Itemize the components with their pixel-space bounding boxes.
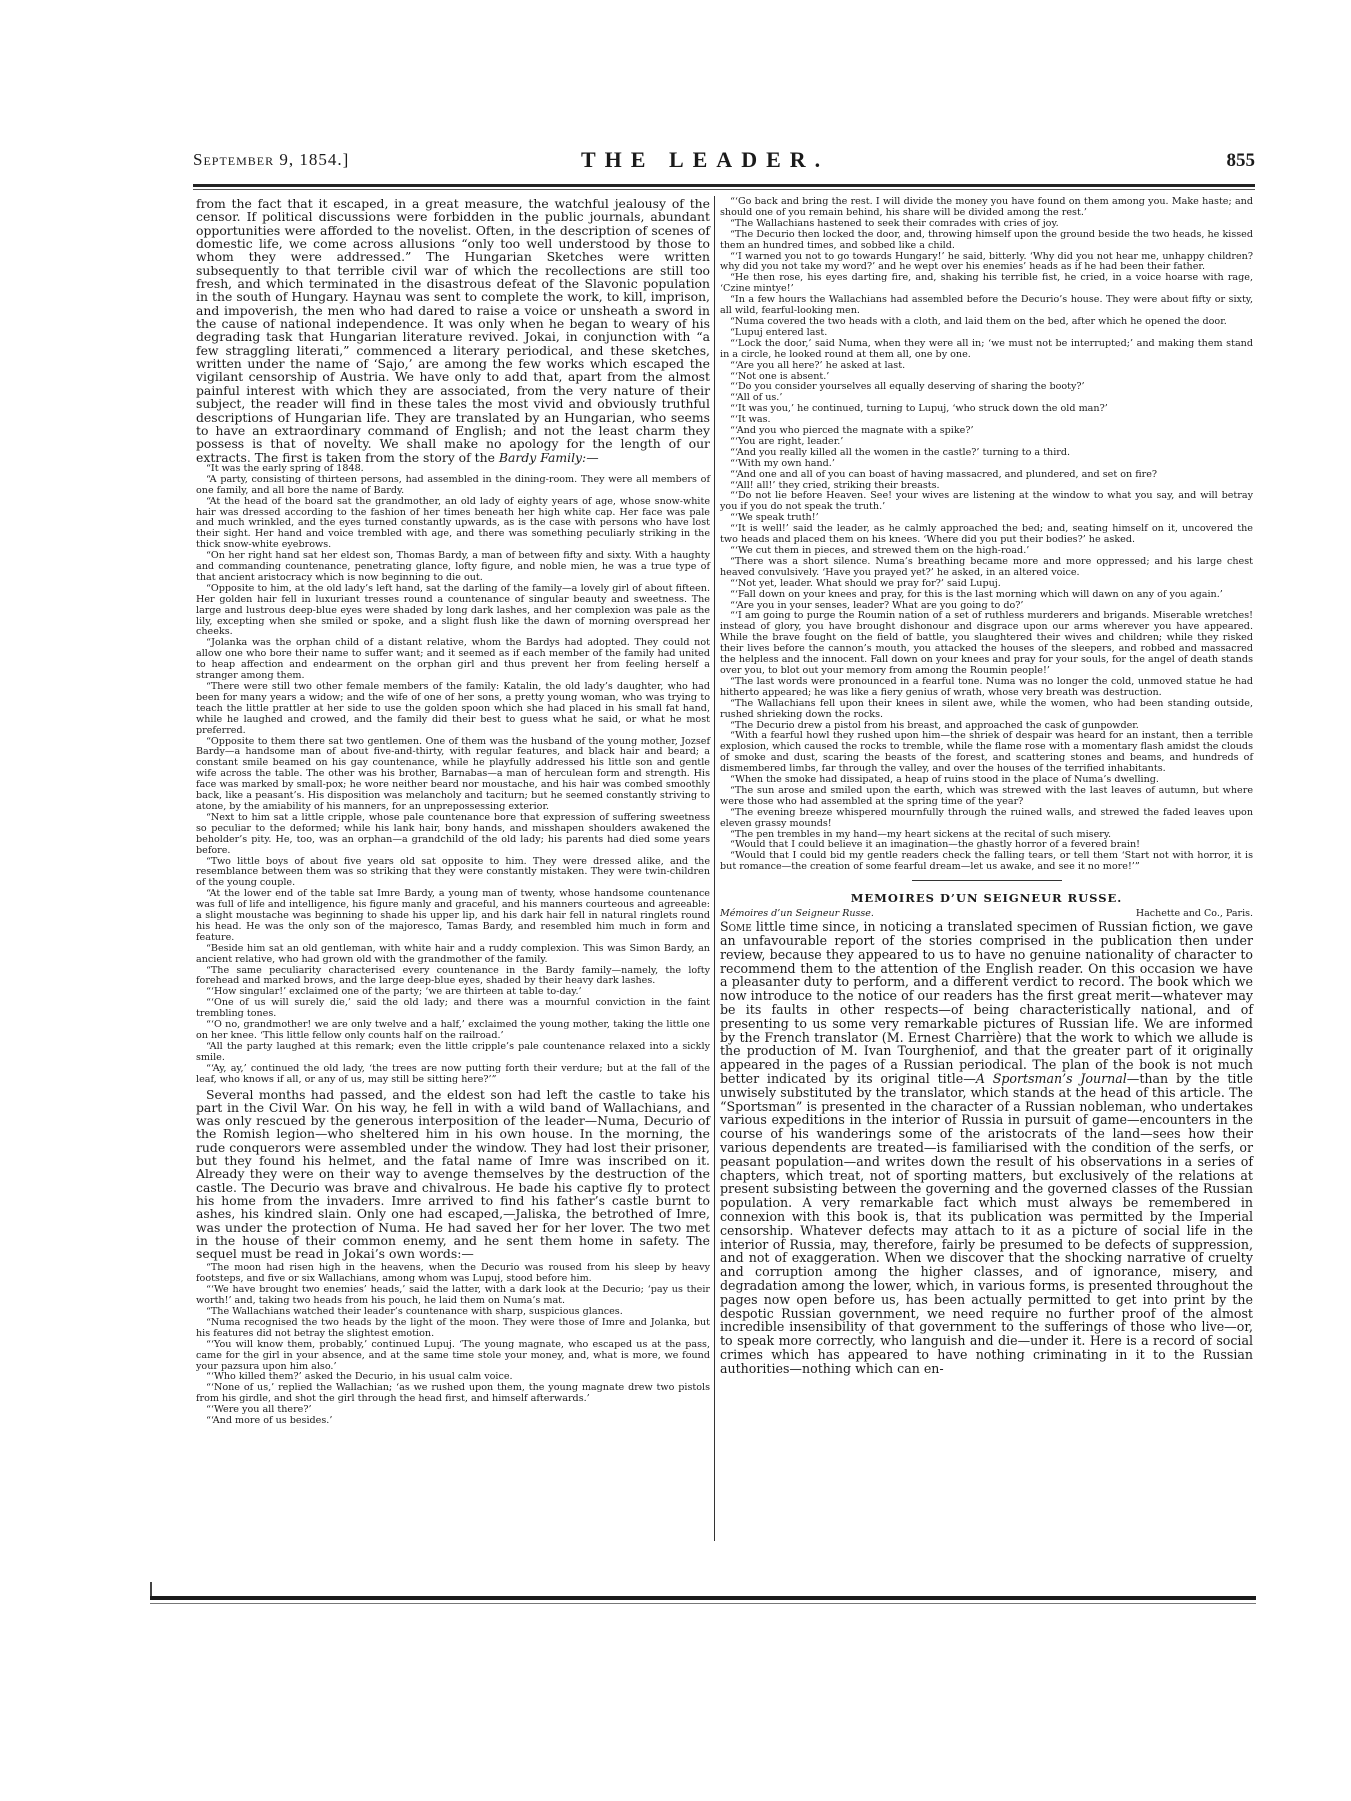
narrative-paragraph: Several months had passed, and the eldes… — [196, 1088, 710, 1261]
quote-paragraph: “The Wallachians fell upon their knees i… — [720, 699, 1253, 721]
publisher: Hachette and Co., Paris. — [1136, 908, 1253, 919]
book-citation: Mémoires d’un Seigneur Russe. Hachette a… — [720, 908, 1253, 919]
quote-paragraph: “‘I am going to purge the Roumin nation … — [720, 611, 1253, 676]
numa-extract-continued: “‘Go back and bring the rest. I will div… — [720, 197, 1253, 873]
footer-rule-thin — [150, 1603, 1256, 1604]
quote-paragraph: “The last words were pronounced in a fea… — [720, 677, 1253, 699]
quote-paragraph: “‘Are you all here?’ he asked at last. — [720, 361, 1253, 372]
quote-paragraph: “He then rose, his eyes darting fire, an… — [720, 273, 1253, 295]
quote-paragraph: “‘None of us,’ replied the Wallachian; ‘… — [196, 1383, 710, 1405]
column-divider — [714, 196, 715, 1541]
book-title: Mémoires d’un Seigneur Russe. — [720, 908, 874, 919]
quote-paragraph: “‘Do you consider yourselves all equally… — [720, 382, 1253, 393]
quote-paragraph: “The moon had risen high in the heavens,… — [196, 1263, 710, 1285]
quote-paragraph: “Next to him sat a little cripple, whose… — [196, 813, 710, 857]
review-text-continued: —than by the title unwisely substituted … — [720, 1071, 1253, 1376]
issue-date: September 9, 1854.] — [193, 150, 349, 170]
quote-paragraph: “There were still two other female membe… — [196, 682, 710, 737]
lead-paragraph: from the fact that it escaped, in a grea… — [196, 197, 710, 464]
quote-paragraph: “‘One of us will surely die,’ said the o… — [196, 998, 710, 1020]
quote-paragraph: “Opposite to him, at the old lady’s left… — [196, 584, 710, 639]
footer-rule — [150, 1596, 1256, 1600]
quote-paragraph: “‘And more of us besides.’ — [196, 1416, 710, 1427]
quote-paragraph: “The Decurio then locked the door, and, … — [720, 230, 1253, 252]
quote-paragraph: “‘And one and all of you can boast of ha… — [720, 470, 1253, 481]
lead-dash: — — [586, 450, 598, 465]
publication-title: THE LEADER. — [581, 147, 829, 173]
lead-text: from the fact that it escaped, in a grea… — [196, 196, 710, 465]
right-column: “‘Go back and bring the rest. I will div… — [720, 197, 1253, 1375]
quote-paragraph: “The same peculiarity characterised ever… — [196, 966, 710, 988]
quote-paragraph: “All the party laughed at this remark; e… — [196, 1042, 710, 1064]
masthead: September 9, 1854.] THE LEADER. 855 — [193, 146, 1255, 176]
lead-italic-title: Bardy Family: — [499, 450, 586, 465]
quote-paragraph: “There was a short silence. Numa’s breat… — [720, 557, 1253, 579]
quote-paragraph: “Would that I could bid my gentle reader… — [720, 851, 1253, 873]
quote-paragraph: “At the head of the board sat the grandm… — [196, 497, 710, 552]
quote-paragraph: “Opposite to them there sat two gentleme… — [196, 737, 710, 813]
review-italic-title: A Sportsman’s Journal — [976, 1071, 1127, 1086]
quote-paragraph: “The sun arose and smiled upon the earth… — [720, 786, 1253, 808]
quote-paragraph: “Two little boys of about five years old… — [196, 857, 710, 890]
review-text: little time since, in noticing a transla… — [720, 919, 1253, 1086]
numa-extract: “The moon had risen high in the heavens,… — [196, 1263, 710, 1427]
review-heading: MEMOIRES D’UN SEIGNEUR RUSSE. — [720, 891, 1253, 905]
quote-paragraph: “At the lower end of the table sat Imre … — [196, 889, 710, 944]
section-divider — [912, 880, 1062, 881]
quote-paragraph: “‘I warned you not to go towards Hungary… — [720, 252, 1253, 274]
quote-paragraph: “‘Lock the door,’ said Numa, when they w… — [720, 339, 1253, 361]
quote-paragraph: “Numa recognised the two heads by the li… — [196, 1318, 710, 1340]
quote-paragraph: “‘O no, grandmother! we are only twelve … — [196, 1020, 710, 1042]
quote-paragraph: “On her right hand sat her eldest son, T… — [196, 551, 710, 584]
quote-paragraph: “‘Do not lie before Heaven. See! your wi… — [720, 491, 1253, 513]
quote-paragraph: “‘It is well!’ said the leader, as he ca… — [720, 524, 1253, 546]
quote-paragraph: “‘We have brought two enemies’ heads,’ s… — [196, 1285, 710, 1307]
bardy-family-extract: “It was the early spring of 1848.“A part… — [196, 464, 710, 1086]
header-rule-thin — [193, 189, 1255, 190]
quote-paragraph: “‘Fall down on your knees and pray, for … — [720, 590, 1253, 601]
review-body: Some little time since, in noticing a tr… — [720, 920, 1253, 1375]
quote-paragraph: “‘Not yet, leader. What should we pray f… — [720, 579, 1253, 590]
page-number: 855 — [1227, 150, 1256, 172]
quote-paragraph: “With a fearful howl they rushed upon hi… — [720, 731, 1253, 775]
quote-paragraph: “‘Ay, ay,’ continued the old lady, ‘the … — [196, 1064, 710, 1086]
left-column: from the fact that it escaped, in a grea… — [196, 197, 710, 1427]
quote-paragraph: “‘It was you,’ he continued, turning to … — [720, 404, 1253, 415]
quote-paragraph: “‘You will know them, probably,’ continu… — [196, 1340, 710, 1373]
quote-paragraph: “The evening breeze whispered mournfully… — [720, 808, 1253, 830]
opening-word: Some — [720, 919, 752, 934]
header-rule — [193, 184, 1255, 187]
quote-paragraph: “A party, consisting of thirteen persons… — [196, 475, 710, 497]
quote-paragraph: “Beside him sat an old gentleman, with w… — [196, 944, 710, 966]
scan-artifact — [150, 1582, 162, 1596]
quote-paragraph: “In a few hours the Wallachians had asse… — [720, 295, 1253, 317]
quote-paragraph: “Jolanka was the orphan child of a dista… — [196, 638, 710, 682]
quote-paragraph: “‘Go back and bring the rest. I will div… — [720, 197, 1253, 219]
